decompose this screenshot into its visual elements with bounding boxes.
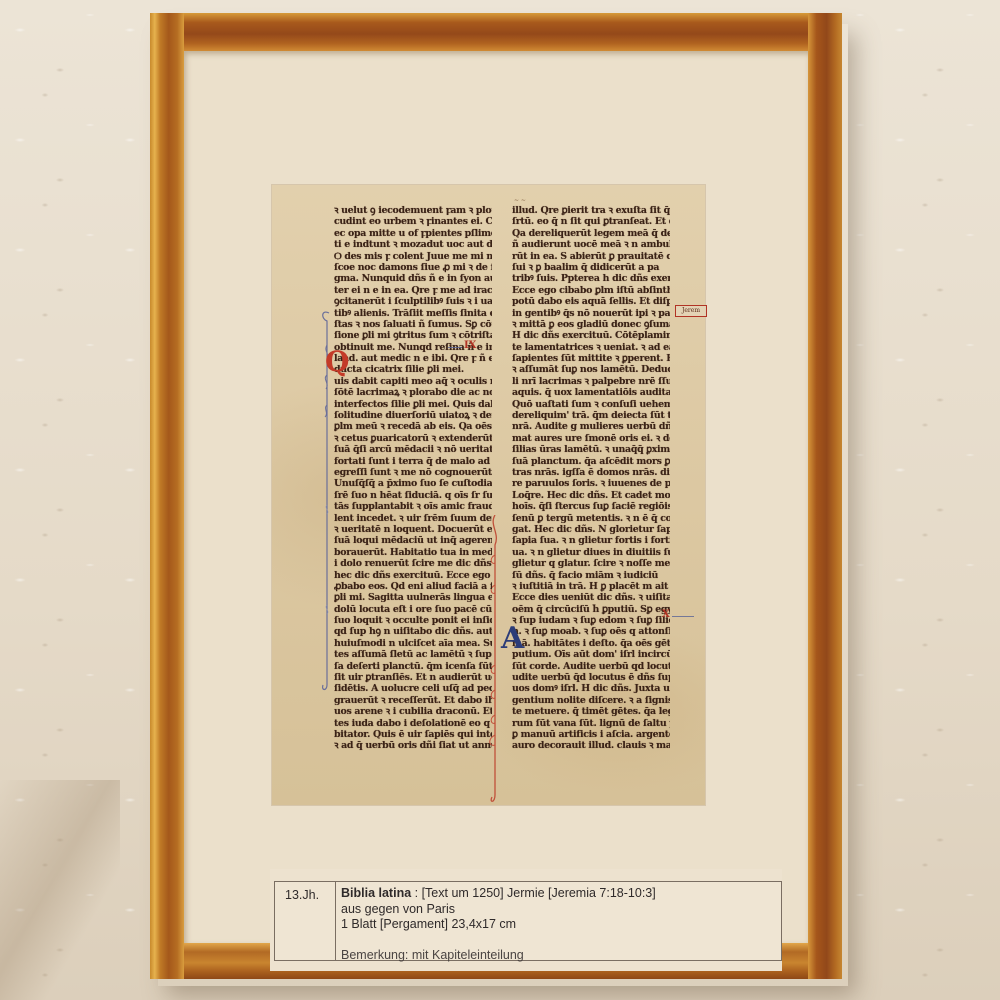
manuscript-line: ſit uir ꝑtranſiēs. Et n audierūt uocē po… xyxy=(334,672,492,683)
manuscript-line: udite uerbū q̄d locutus ē dñs ſuper xyxy=(512,672,670,683)
manuscript-line: auro decorauit illud. clauis ꝛ malleis xyxy=(512,740,670,751)
manuscript-line: ſilias ūras lamētū. ꝛ unaq̄q̄ ꝑximā xyxy=(512,444,670,455)
manuscript-line: ꝓbabo eos. Qd eni aliud faciā a facie ſi… xyxy=(334,581,492,592)
manuscript-line: ꝛ cetus ꝑuaricatorū ꝛ extenderūt lingā xyxy=(334,433,492,444)
manuscript-line: tras nrās. igſſa ē domos nrās. diſpde xyxy=(512,467,670,478)
manuscript-line: Loq̄re. Hec dic dñs. Et cadet morticini xyxy=(512,490,670,501)
decorated-initial-q: Q xyxy=(325,348,349,376)
manuscript-line: ti e indtunt ꝛ mozadut uoc aut dñs xyxy=(334,239,492,250)
folio-mark: ~ ~ xyxy=(514,197,526,204)
manuscript-line: ec opa mitte u of ꝼpientes pſlimoc gli xyxy=(334,228,492,239)
exhibit-label: 13.Jh. Biblia latina : [Text um 1250] Je… xyxy=(270,869,782,971)
manuscript-line: putium. Oīs aūt dom' iſrl incircūciſi xyxy=(512,649,670,660)
manuscript-line: tes iuda dabo i deſolationē eo q n ſit h… xyxy=(334,718,492,729)
label-line1: [Text um 1250] Jermie [Jeremia 7:18-10:3… xyxy=(422,886,656,900)
manuscript-line: ſūt corde. Audite uerbū qd locutꝰ ē d xyxy=(512,661,670,672)
manuscript-line: hec dic dñs exercituū. Ecce ego cōflabo … xyxy=(334,570,492,581)
manuscript-line: ſtas ꝛ nos ſaluati ñ ſumus. Sꝑ cōtri xyxy=(334,319,492,330)
manuscript-line: dolū locuta eſt i ore ſuo pacē cū amico xyxy=(334,604,492,615)
label-table: 13.Jh. Biblia latina : [Text um 1250] Je… xyxy=(274,881,782,961)
manuscript-line: ſuā planctum. q̄a aſcēdit mors ꝑ feneſ xyxy=(512,456,670,467)
label-century: 13.Jh. xyxy=(275,882,336,960)
label-title: Biblia latina xyxy=(341,886,411,900)
manuscript-line: Qa dereliquerūt legem meā q̄ dedi eis ꝛ xyxy=(512,228,670,239)
manuscript-line: dereliquim' trā. q̄m deiecta ſūt tabnacl… xyxy=(512,410,670,421)
manuscript-line: ſuo loquit ꝛ occulte ponit ei inſidias. … xyxy=(334,615,492,626)
manuscript-line: ſenū ꝑ tergū metentis. ꝛ n ē q̄ colli xyxy=(512,513,670,524)
manuscript-line: ꝛ mittā ꝑ eos gladiū donec ꝯſumant'. xyxy=(512,319,670,330)
frame-top-rail xyxy=(150,13,842,51)
manuscript-line: borauerūt. Habitatio tua in medio doli xyxy=(334,547,492,558)
passe-partout-mat: ~ ~ ꝛ uelut ꝯ iecodemuent ꝼam ꝛ ploucudi… xyxy=(184,51,808,943)
manuscript-line: in gentibꝰ q̄s nō nouerūt ipi ꝛ patres e… xyxy=(512,308,670,319)
manuscript-line: ter ei n e in ea. Qre ꝼ me ad iracundiā xyxy=(334,285,492,296)
manuscript-line: ſa deſerti planctū. q̄m icenſa ſūt eo q̄… xyxy=(334,661,492,672)
manuscript-line: ſrē ſuo n hēat ſiduciā. q oīs ſr ſupplan xyxy=(334,490,492,501)
manuscript-line: ꝛ aſſumāt ſuꝑ nos lamētū. Deducāt ocu xyxy=(512,364,670,375)
manuscript-line: laad. aut medic n e ibi. Qre ꝼ ñ eſt ob xyxy=(334,353,492,364)
text-column-right: illud. Qre ꝑierit tra ꝛ exuſta ſit q̄ſi … xyxy=(512,205,670,752)
manuscript-line: egreſſi ſunt ꝛ me nō cognouerūt dic dñs. xyxy=(334,467,492,478)
manuscript-line: uos domꝰ iſrl. H dic dñs. Juxta uias xyxy=(512,683,670,694)
label-description: Biblia latina : [Text um 1250] Jermie [J… xyxy=(336,882,781,960)
manuscript-line: uis dabit capiti meo aq̄ ꝛ oculis meis xyxy=(334,376,492,387)
manuscript-line: tibꝰ alienis. Trāſiit meſſis ſinita eſt … xyxy=(334,308,492,319)
manuscript-line: illud. Qre ꝑierit tra ꝛ exuſta ſit q̄ſi … xyxy=(512,205,670,216)
manuscript-line: huiuſmodi n ulciſcet aīa mea. Sup mō xyxy=(334,638,492,649)
manuscript-line: ꝛ ſup iudam ꝛ ſuꝑ edom ꝛ ſuꝑ ſilios amo xyxy=(512,615,670,626)
manuscript-line: ꝛ uelut ꝯ iecodemuent ꝼam ꝛ plou xyxy=(334,205,492,216)
manuscript-line: ſrtū. eo q̄ n ſit qui ꝑtranſeat. Et dixi… xyxy=(512,216,670,227)
manuscript-line: Quō uaſtati ſum ꝛ conſuſi uehemēt. q̄a xyxy=(512,399,670,410)
text-column-left: ꝛ uelut ꝯ iecodemuent ꝼam ꝛ ploucudint e… xyxy=(334,205,492,752)
manuscript-line: ſcoe noc damons ſiue ꝓ mi ꝛ de ſm lo xyxy=(334,262,492,273)
manuscript-line: grauerūt ꝛ receſſerūt. Et dabo ihrl'm i … xyxy=(334,695,492,706)
manuscript-line: ꝯcitanerūt i ſculptilibꝰ ſuis ꝛ i uanita xyxy=(334,296,492,307)
manuscript-line: qd ſup hꝯ n uiſitabo dic dñs. aut i gent… xyxy=(334,626,492,637)
manuscript-line: Ecce dies ueniūt dic dñs. ꝛ uiſitabo ſ xyxy=(512,592,670,603)
manuscript-line: ſapia ſua. ꝛ n glietur fortis i fortitud… xyxy=(512,535,670,546)
manuscript-line: re paruulos ſoris. ꝛ iuuenes de plateis. xyxy=(512,478,670,489)
manuscript-line: ꝑlm meū ꝛ recedā ab eis. Qa oēs adulti ſ… xyxy=(334,421,492,432)
manuscript-line: Ecce ego cibabo ꝑlm iſtū abſinthio ꝛ xyxy=(512,285,670,296)
manuscript-line: ua. ꝛ n glietur diues in diuitiis ſuis. … xyxy=(512,547,670,558)
manuscript-line: nrā. Audite g mulieres uerbū dñi. ꝛ aſſu xyxy=(512,421,670,432)
manuscript-line: hoīs. q̄ſi ſtercus ſuꝑ ſaciē regiōis. ꝛ … xyxy=(512,501,670,512)
label-separator: : xyxy=(411,886,421,900)
manuscript-line: ſolitudine diuerſoriū uiatoꝝ ꝛ derelinqu… xyxy=(334,410,492,421)
manuscript-line: oēm q̄ circūciſū h̄ ꝑputiū. Sꝑ egyptū xyxy=(512,604,670,615)
manuscript-line: ñ audierunt uocē meā ꝛ n ambulaue xyxy=(512,239,670,250)
label-line2: aus gegen von Paris xyxy=(341,902,455,916)
manuscript-line: tribꝰ ſuis. Ppterea h dic dñs exercituū … xyxy=(512,273,670,284)
manuscript-line: potū dabo eis aquā ſellis. Et diſpgā eos xyxy=(512,296,670,307)
manuscript-line: ſidētis. A uolucre celi uſq̄ ad pecora t… xyxy=(334,683,492,694)
manuscript-line: uos arene ꝛ i cubilia draconū. Et ciuita xyxy=(334,706,492,717)
manuscript-line: te metuere. q̄ timēt gētes. q̄a leges ꝑl… xyxy=(512,706,670,717)
manuscript-line: tes aſſumā ſletū ac lamētū ꝛ ſup ſpecio xyxy=(334,649,492,660)
manuscript-line: rum ſūt vana ſūt. lignū de ſaltu precide… xyxy=(512,718,670,729)
manuscript-line: ꝛ ueritatē n loquent. Docuerūt eni liguā xyxy=(334,524,492,535)
manuscript-line: mā. habitātes i deſto. q̄a oēs gēt hīt ꝑ xyxy=(512,638,670,649)
manuscript-line: bitator. Quis ē uir ſapiēs qui intelliga… xyxy=(334,729,492,740)
manuscript-line: ſōtē lacrimaꝝ ꝛ plorabo die ac nocte xyxy=(334,387,492,398)
chapter-marker-x: X xyxy=(662,609,670,620)
chapter-flourish xyxy=(448,347,462,353)
manuscript-line: ꝑli mi. Sagitta uulnerās lingua eoꝝ xyxy=(334,592,492,603)
chapter-flourish xyxy=(672,616,694,622)
manuscript-line: ꝛ ad q̄ uerbū oris dñi ſiat ut annunciet xyxy=(334,740,492,751)
manuscript-line: ſui ꝛ ꝑ baalim q̄ didicerūt a pa xyxy=(512,262,670,273)
chapter-marker-ix: IX xyxy=(464,340,476,351)
manuscript-line: gat. Hec dic dñs. N glorietur ſapiēs in xyxy=(512,524,670,535)
manuscript-line: fortati ſunt i terra q̄ de malo ad malum xyxy=(334,456,492,467)
margin-running-head: Jerem xyxy=(675,305,707,317)
manuscript-line: gentium nolite diſcere. ꝛ a ſignis celi … xyxy=(512,695,670,706)
manuscript-line: Ѻ des mis ꝼ colent Juue me mi mori xyxy=(334,251,492,262)
manuscript-line: ducta cicatrix ſilie ꝑli mei. xyxy=(334,364,492,375)
manuscript-line: gma. Nunquid dñs ñ e in ſyon aut xyxy=(334,273,492,284)
manuscript-line: cudint eo urbem ꝛ ꝼinantes ei. Cu ꝼ xyxy=(334,216,492,227)
frame-left-rail xyxy=(150,13,184,979)
manuscript-line: ſapientes ſūt mittite ꝛ ꝑperent. Feſtinē… xyxy=(512,353,670,364)
manuscript-line: ꝑ manuū artificis i aſcia. argento et xyxy=(512,729,670,740)
manuscript-line: tās ſupplantabit ꝛ oīs amic fraudu xyxy=(334,501,492,512)
manuscript-line: te lamentatrices ꝛ ueniat. ꝛ ad eas que xyxy=(512,342,670,353)
chapter-marker-text: IX xyxy=(464,340,476,351)
manuscript-line: ſū dñs. q̄ facio miām ꝛ iudiciū xyxy=(512,570,670,581)
manuscript-line: H dic dñs exercituū. Cōtēplamini ꝛ uoca xyxy=(512,330,670,341)
frame-right-rail xyxy=(808,13,842,979)
manuscript-line: lent incedet. ꝛ uir ſrēm ſuum deridebit xyxy=(334,513,492,524)
label-line3: 1 Blatt [Pergament] 23,4x17 cm xyxy=(341,917,516,931)
manuscript-line: n. ꝛ ſuꝑ moab. ꝛ ſuꝑ oēs q attonſi ſūt i… xyxy=(512,626,670,637)
manuscript-line: ſuā loqui mēdaciū ut inq̄ agerent la xyxy=(334,535,492,546)
manuscript-line: mat aures ure ſmonē oris ei. ꝛ docete xyxy=(512,433,670,444)
decorated-initial-a: A xyxy=(501,625,524,653)
manuscript-leaf: ~ ~ ꝛ uelut ꝯ iecodemuent ꝼam ꝛ ploucudi… xyxy=(272,185,705,805)
manuscript-line: Unuſq̄ſq̄ a p̄ximo ſuo ſe cuſtodiat ꝛ i … xyxy=(334,478,492,489)
manuscript-line: ſuā q̄ſi arcū mēdacii ꝛ nō ueritatis. Co… xyxy=(334,444,492,455)
manuscript-line: rūt in ea. S abierūt ꝑ prauitatē cordis xyxy=(512,251,670,262)
picture-frame: ~ ~ ꝛ uelut ꝯ iecodemuent ꝼam ꝛ ploucudi… xyxy=(150,13,842,979)
label-note: Bemerkung: mit Kapiteleinteilung xyxy=(341,948,781,964)
manuscript-line: li nrī lacrimas ꝛ palpebre nrē ſſuant xyxy=(512,376,670,387)
manuscript-line: aquis. q̄ uox lamentatiōis audita ē d ſy… xyxy=(512,387,670,398)
manuscript-line: glietur q glatur. ſcire ꝛ noſſe me. q̄a … xyxy=(512,558,670,569)
manuscript-line: i dolo renuerūt ſcire me dic dñs. Pp hꝯ xyxy=(334,558,492,569)
manuscript-line: ꝛ iuſtitiā in trā. H ꝑ placēt m ait dñs. xyxy=(512,581,670,592)
manuscript-line: interfectos ſilie ꝑli mei. Quis dabit me… xyxy=(334,399,492,410)
chapter-marker-text: X xyxy=(662,609,670,620)
wall-shadow xyxy=(0,780,120,1000)
